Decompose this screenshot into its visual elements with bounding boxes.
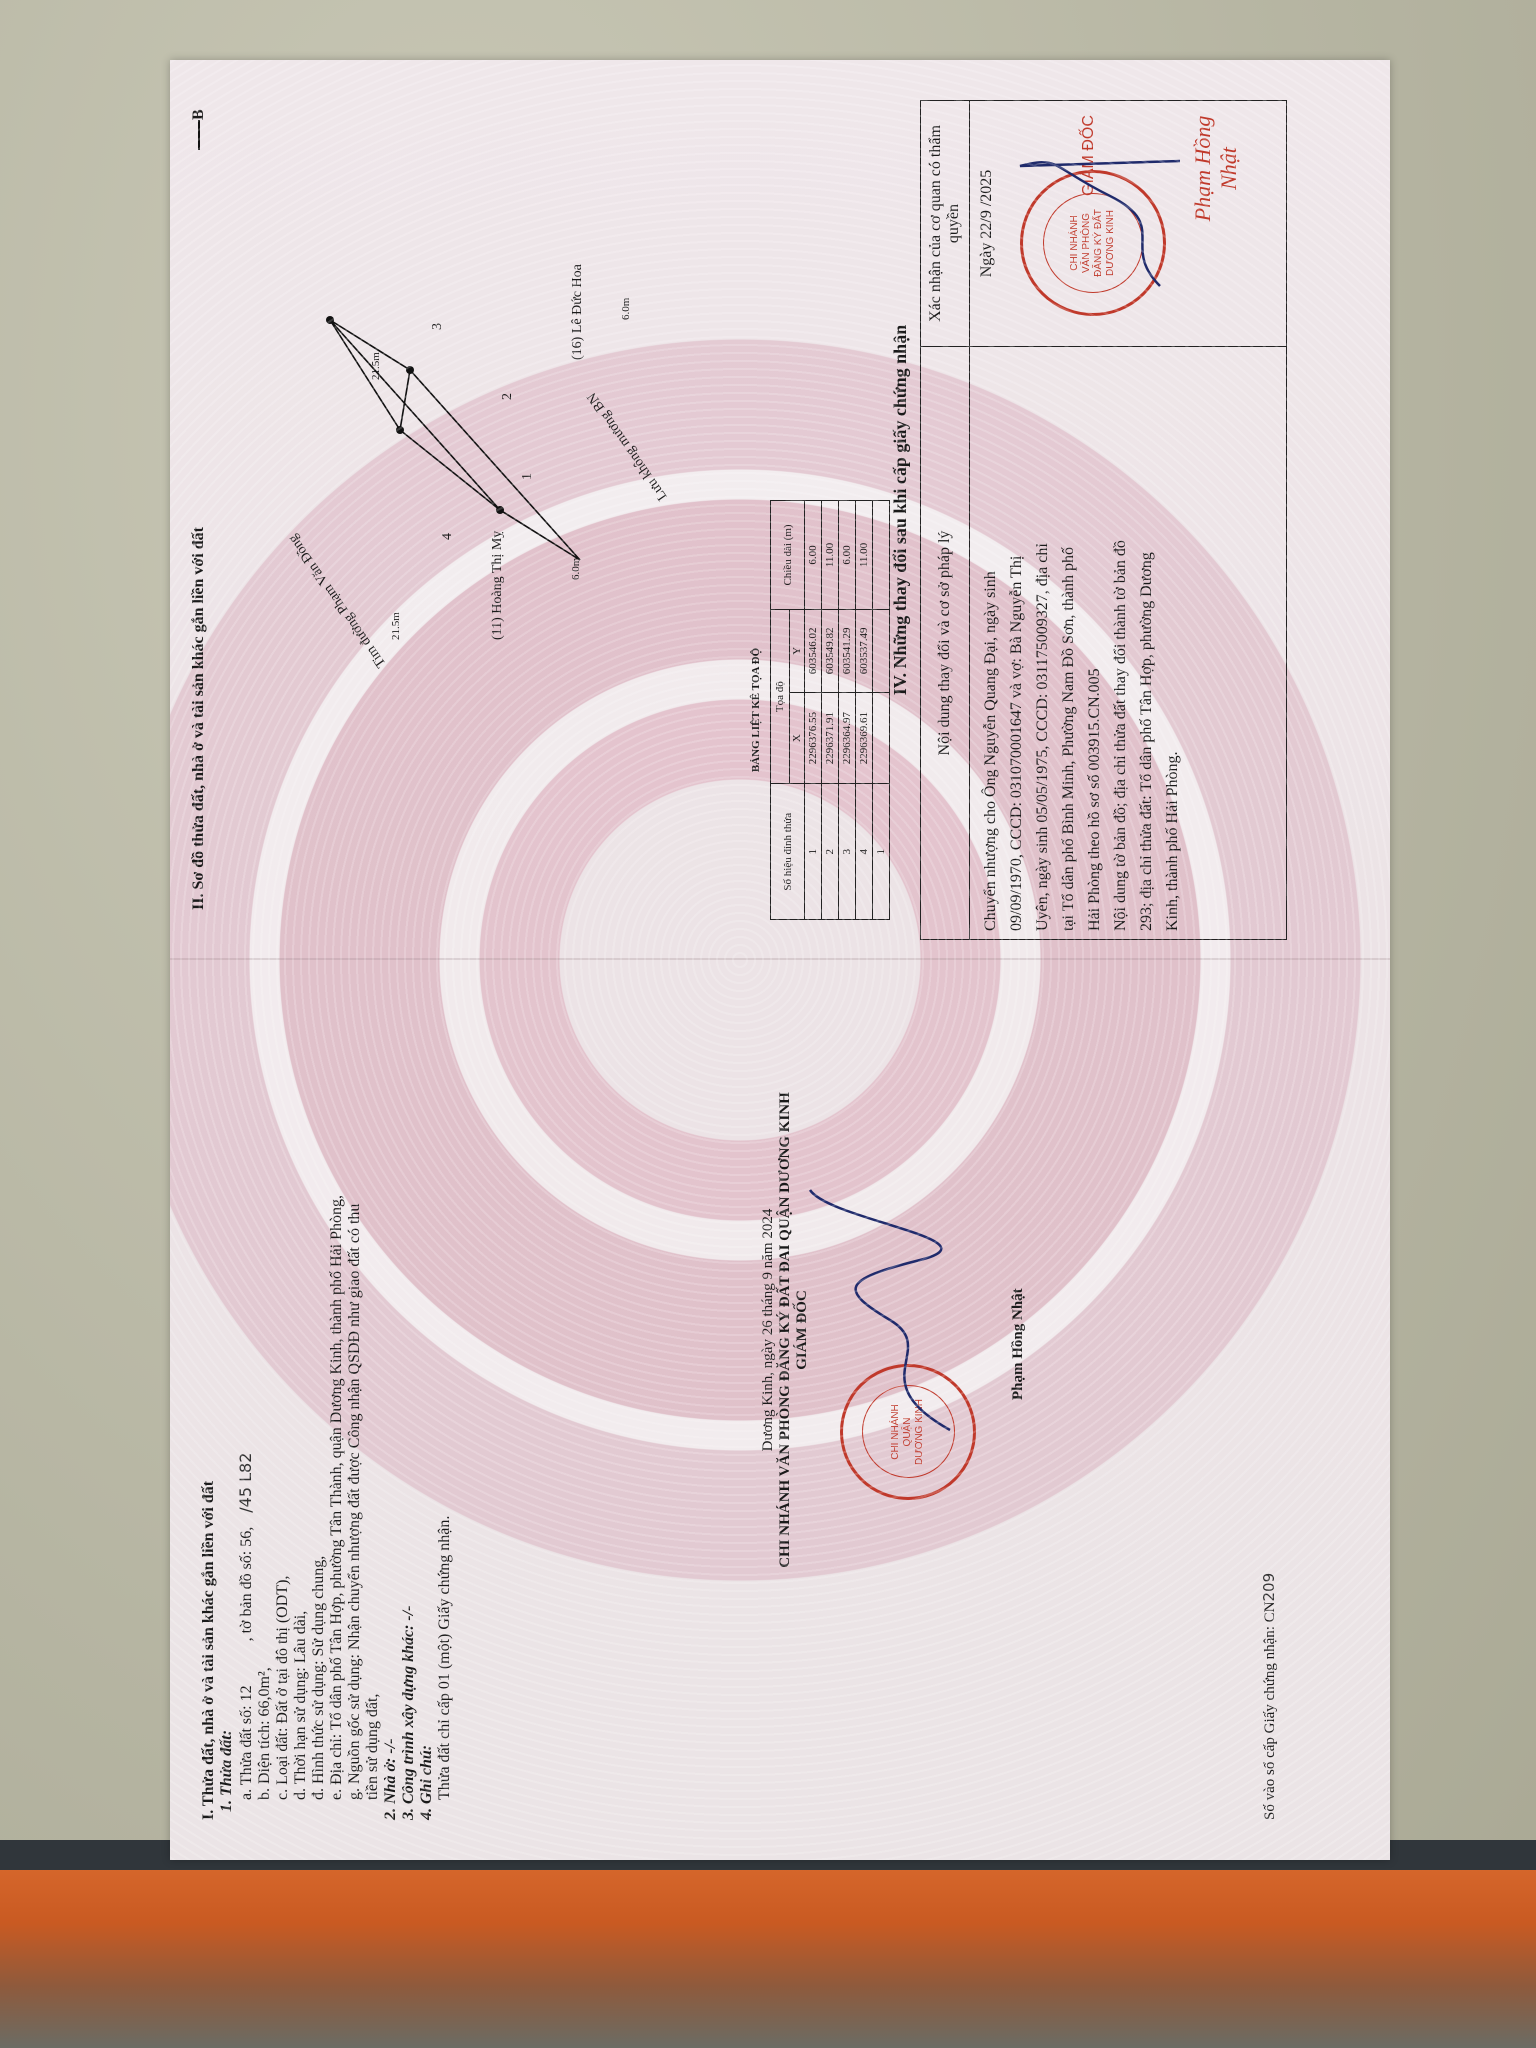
change-confirmation: Ngày 22/9 /2025 CHI NHÁNHVĂN PHÒNGĐĂNG K…	[970, 101, 1287, 347]
origin: g. Nguồn gốc sử dụng: Nhận chuyển nhượng…	[346, 960, 364, 1820]
note-label: 4. Ghi chú:	[418, 960, 436, 1820]
land-certificate: I. Thửa đất, nhà ở và tài sản khác gắn l…	[170, 60, 1390, 1860]
dimension-label: 6.0m	[570, 558, 582, 580]
th-vertex: Số hiệu đỉnh thửa	[771, 784, 805, 920]
coord-cell: 2296364.97	[839, 692, 856, 784]
coord-cell: 11.00	[822, 501, 839, 610]
th-coord: Tọa độ	[771, 609, 790, 783]
north-arrow-icon	[198, 120, 200, 150]
issue-place-date: Dương Kinh, ngày 26 tháng 9 năm 2024	[760, 980, 777, 1680]
area: b. Diện tích: 66,0m²,	[256, 960, 274, 1820]
registry-label: Số vào sổ cấp Giấy chứng nhận: CN	[1262, 1601, 1278, 1820]
parcel-heading: 1. Thửa đất:	[218, 960, 236, 1820]
registry-handwritten: 209	[1260, 1573, 1278, 1602]
coord-table: Số hiệu đỉnh thửa Tọa độ Chiều dài (m) X…	[770, 500, 890, 920]
section-iv-title: IV. Những thay đổi sau khi cấp giấy chứn…	[890, 100, 911, 920]
coord-cell: 603546.02	[805, 609, 822, 692]
use-form: đ. Hình thức sử dụng: Sử dụng chung,	[310, 960, 328, 1820]
coord-cell: 6.00	[805, 501, 822, 610]
floor-background	[0, 1840, 1536, 2048]
coord-row: 1	[873, 501, 890, 920]
coord-cell: 11.00	[856, 501, 873, 610]
section-ii-title: II. Sơ đồ thửa đất, nhà ở và tài sản khá…	[190, 527, 208, 910]
dimension-label: 21.5m	[390, 612, 402, 640]
issuer-name: Phạm Hồng Nhật	[1010, 1288, 1027, 1400]
coord-table-title: BẢNG LIỆT KÊ TỌA ĐỘ	[750, 500, 762, 920]
coord-cell: 603537.49	[856, 609, 873, 692]
coord-row: 22296371.91603549.8211.00	[822, 501, 839, 920]
certificate-sheet: I. Thửa đất, nhà ở và tài sản khác gắn l…	[170, 60, 1390, 1860]
signature-right	[1000, 106, 1200, 306]
neighbor-right: (16) Lê Đức Hoa	[570, 264, 586, 360]
coord-cell	[873, 609, 890, 692]
confirm-date: Ngày 22/9 /2025	[978, 109, 996, 338]
coord-cell: 2296371.91	[822, 692, 839, 784]
parcel-number-text: a. Thửa đất số: 12	[238, 1685, 255, 1800]
use-term: d. Thời hạn sử dụng: Lâu dài,	[292, 960, 310, 1820]
dimension-label: 21.5m	[370, 352, 382, 380]
coord-cell: 1	[873, 784, 890, 920]
coord-row: 32296364.97603541.296.00	[839, 501, 856, 920]
change-line: 293; địa chỉ thửa đất: Tổ dân phố Tân Hợ…	[1134, 355, 1160, 931]
coord-cell	[873, 501, 890, 610]
coord-cell: 2	[822, 784, 839, 920]
changes-col-confirm: Xác nhận của cơ quan có thẩm quyền	[921, 101, 970, 347]
land-type: c. Loại đất: Đất ở tại đô thị (ODT),	[274, 960, 292, 1820]
origin-cont: tiền sử dụng đất,	[364, 960, 382, 1820]
coord-cell: 1	[805, 784, 822, 920]
coord-row: 12296376.55603546.026.00	[805, 501, 822, 920]
change-line: tại Tổ dân phố Bình Minh, Phường Nam Đồ …	[1056, 355, 1082, 931]
changes-table: Nội dung thay đổi và cơ sở pháp lý Xác n…	[920, 100, 1287, 940]
other-construction: 3. Công trình xây dựng khác: -/-	[400, 960, 418, 1820]
note-text: Thửa đất chỉ cấp 01 (một) Giấy chứng nhậ…	[436, 960, 454, 1820]
coord-cell: 603541.29	[839, 609, 856, 692]
vertex-label: 3	[430, 323, 446, 330]
coord-cell: 603549.82	[822, 609, 839, 692]
registry-number: Số vào sổ cấp Giấy chứng nhận: CN209	[1260, 1573, 1279, 1820]
map-sheet-text: , tờ bản đồ số: 56,	[238, 1527, 255, 1642]
vertex-label: 1	[520, 473, 536, 480]
coord-cell: 4	[856, 784, 873, 920]
issuing-office: CHI NHÁNH VĂN PHÒNG ĐĂNG KÝ ĐẤT ĐAI QUẬN…	[777, 980, 794, 1680]
coord-cell: 3	[839, 784, 856, 920]
address: e. Địa chỉ: Tổ dân phố Tân Hợp, phường T…	[328, 960, 346, 1820]
vertex-label: 4	[440, 533, 456, 540]
coord-cell: 2296369.61	[856, 692, 873, 784]
north-label: B	[190, 109, 208, 120]
coord-cell: 2296376.55	[805, 692, 822, 784]
th-y: Y	[790, 609, 805, 692]
change-line: Chuyển nhượng cho Ông Nguyễn Quang Đại, …	[978, 355, 1004, 931]
change-line: Hải Phòng theo hồ sơ số 003915.CN.005	[1082, 355, 1108, 931]
th-length: Chiều dài (m)	[771, 501, 805, 610]
section-i-title: I. Thửa đất, nhà ở và tài sản khác gắn l…	[200, 960, 218, 1820]
coord-cell	[873, 692, 890, 784]
change-line: Nội dung tờ bản đồ; địa chỉ thửa đất tha…	[1108, 355, 1134, 931]
change-line: 09/09/1970, CCCD: 031070001647 và vợ: Bà…	[1004, 355, 1030, 931]
change-line: Kinh, thành phố Hải Phòng.	[1160, 355, 1186, 931]
signature-left	[800, 1180, 1000, 1440]
change-content: Chuyển nhượng cho Ông Nguyễn Quang Đại, …	[970, 347, 1287, 940]
change-line: Uyên, ngày sinh 05/05/1975, CCCD: 031175…	[1030, 355, 1056, 931]
vertex-label: 2	[500, 393, 516, 400]
dimension-label: 6.0m	[620, 298, 632, 320]
changes-col-content: Nội dung thay đổi và cơ sở pháp lý	[921, 347, 970, 940]
neighbor-left: (11) Hoàng Thị Mỵ	[490, 531, 506, 640]
coord-row: 42296369.61603537.4911.00	[856, 501, 873, 920]
parcel-number: a. Thửa đất số: 12 , tờ bản đồ số: 56, /…	[236, 960, 256, 1820]
handwritten-annotation: /45 L82	[236, 1453, 255, 1513]
th-x: X	[790, 692, 805, 784]
coord-cell: 6.00	[839, 501, 856, 610]
house: 2. Nhà ở: -/-	[382, 960, 400, 1820]
